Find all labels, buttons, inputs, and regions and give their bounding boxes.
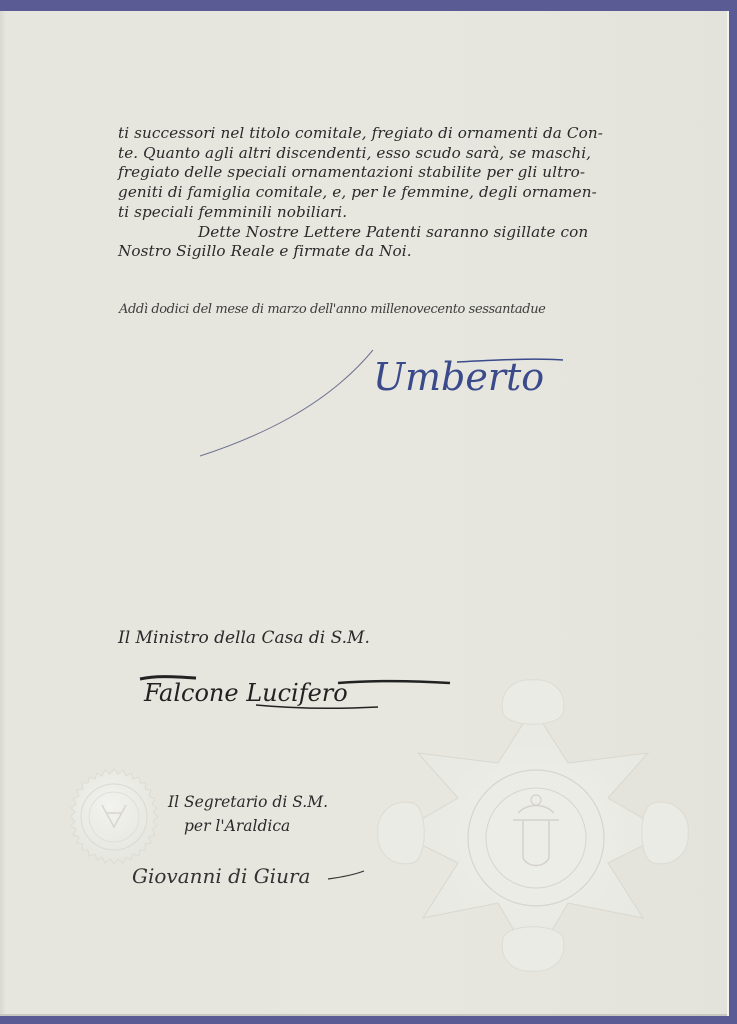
secretary-title-line2: per l'Araldica: [168, 814, 328, 838]
body-line: geniti di famiglia comitale, e, per le f…: [118, 183, 618, 203]
page-edge: [727, 12, 729, 1014]
body-line: fregiato delle speciali ornamentazioni s…: [118, 163, 618, 183]
date-line: Addì dodici del mese di marzo dell'anno …: [119, 302, 545, 317]
body-line: ti successori nel titolo comitale, fregi…: [118, 124, 618, 144]
secretary-title-line1: Il Segretario di S.M.: [168, 793, 328, 811]
royal-signature: Umberto: [195, 338, 575, 472]
body-line: ti speciali femminili nobiliari.: [118, 203, 618, 223]
secretary-signature: Giovanni di Giura: [128, 857, 378, 901]
minister-signature-text: Falcone Lucifero: [143, 679, 348, 707]
minister-title: Il Ministro della Casa di S.M.: [118, 628, 370, 648]
royal-seal-icon: [368, 668, 698, 992]
body-line: Nostro Sigillo Reale e firmate da Noi.: [118, 242, 618, 262]
secretary-signature-text: Giovanni di Giura: [132, 864, 310, 888]
body-text: ti successori nel titolo comitale, fregi…: [118, 124, 618, 262]
body-line: te. Quanto agli altri discendenti, esso …: [118, 144, 618, 164]
body-line: Dette Nostre Lettere Patenti saranno sig…: [118, 223, 618, 243]
secretary-title: Il Segretario di S.M. per l'Araldica: [168, 790, 328, 838]
